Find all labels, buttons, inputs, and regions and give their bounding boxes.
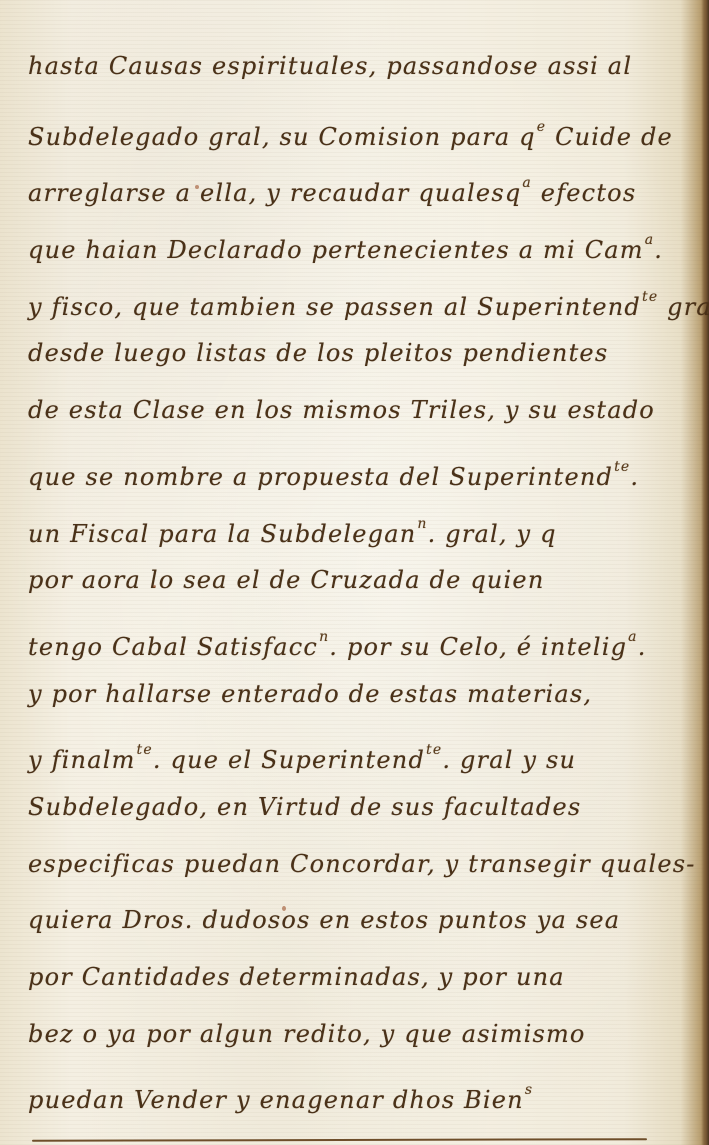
manuscript-line-15: especificas puedan Concordar, y transegi… [28, 840, 658, 889]
manuscript-line-4: que haian Declarado pertenecientes a mi … [28, 216, 658, 265]
manuscript-line-14: Subdelegado, en Virtud de sus facultades [28, 783, 658, 832]
line-text: bez o ya por algun redito, y que asimism… [28, 1020, 586, 1048]
manuscript-line-16: quiera Dros. dudosos en estos puntos ya … [28, 896, 658, 945]
line-text: y finalm [28, 746, 136, 774]
line-text: quiera Dros. dudosos en estos puntos ya … [28, 906, 620, 934]
line-text: puedan Vender y enagenar dhos Bien [28, 1086, 524, 1114]
line-text: Subdelegado gral, su Comision para q [28, 123, 536, 151]
line-text: arreglarse a ella, y recaudar qualesq [28, 179, 521, 207]
manuscript-line-8: que se nombre a propuesta del Superinten… [28, 443, 658, 492]
line-text: de esta Clase en los mismos Triles, y su… [28, 396, 655, 424]
line-text: por Cantidades determinadas, y por una [28, 963, 565, 991]
line-text: . [654, 236, 663, 264]
manuscript-line-17: por Cantidades determinadas, y por una [28, 953, 658, 1002]
ink-spot [153, 585, 156, 588]
manuscript-line-2: Subdelegado gral, su Comision para qe Cu… [28, 103, 658, 152]
manuscript-page: hasta Causas espirituales, passandose as… [0, 0, 709, 1145]
superscript-abbrev: a [522, 175, 532, 191]
manuscript-line-9: un Fiscal para la Subdelegann. gral, y q [28, 500, 658, 549]
manuscript-line-12: y por hallarse enterado de estas materia… [28, 670, 658, 719]
bottom-rule-line [32, 1138, 647, 1142]
manuscript-line-6: desde luego listas de los pleitos pendie… [28, 329, 658, 378]
line-text: efectos [532, 179, 636, 207]
line-text: . [638, 633, 647, 661]
manuscript-line-5: y fisco, que tambien se passen al Superi… [28, 273, 658, 322]
line-text: . que el Superintend [153, 746, 425, 774]
line-text: y por hallarse enterado de estas materia… [28, 680, 592, 708]
superscript-abbrev: a [628, 629, 638, 645]
superscript-abbrev: te [426, 742, 442, 758]
line-text: que haian Declarado pertenecientes a mi … [28, 236, 644, 264]
superscript-abbrev: e [537, 119, 547, 135]
superscript-abbrev: n [417, 516, 427, 532]
line-text: Subdelegado, en Virtud de sus facultades [28, 793, 581, 821]
line-text: . por su Celo, é intelig [329, 633, 627, 661]
manuscript-line-1: hasta Causas espirituales, passandose as… [28, 42, 658, 91]
line-text: . [630, 463, 639, 491]
manuscript-line-7: de esta Clase en los mismos Triles, y su… [28, 386, 658, 435]
line-text: por aora lo sea el de Cruzada de quien [28, 566, 545, 594]
line-text: tengo Cabal Satisfacc [28, 633, 318, 661]
ink-spot [282, 906, 286, 911]
manuscript-text-block: hasta Causas espirituales, passandose as… [28, 40, 658, 965]
line-text: hasta Causas espirituales, passandose as… [28, 52, 632, 80]
manuscript-line-19: puedan Vender y enagenar dhos Biens [28, 1066, 658, 1115]
line-text: especificas puedan Concordar, y transegi… [28, 850, 696, 878]
manuscript-line-18: bez o ya por algun redito, y que asimism… [28, 1010, 658, 1059]
superscript-abbrev: te [642, 289, 658, 305]
line-text: desde luego listas de los pleitos pendie… [28, 339, 608, 367]
superscript-abbrev: a [645, 232, 655, 248]
superscript-abbrev: te [614, 459, 630, 475]
line-text: y fisco, que tambien se passen al Superi… [28, 293, 641, 321]
manuscript-line-3: arreglarse a ella, y recaudar qualesqa e… [28, 159, 658, 208]
page-edge [701, 0, 709, 1145]
line-text: que se nombre a propuesta del Superinten… [28, 463, 613, 491]
superscript-abbrev: s [525, 1082, 533, 1098]
superscript-abbrev: n [319, 629, 329, 645]
line-text: gral [658, 293, 709, 321]
line-text: un Fiscal para la Subdelegan [28, 520, 416, 548]
line-text: . gral, y q [428, 520, 557, 548]
line-text: Cuide de [546, 123, 673, 151]
superscript-abbrev: te [137, 742, 153, 758]
manuscript-line-10: por aora lo sea el de Cruzada de quien [28, 556, 658, 605]
ink-spot [195, 185, 199, 189]
manuscript-line-13: y finalmte. que el Superintendte. gral y… [28, 726, 658, 775]
line-text: . gral y su [442, 746, 576, 774]
manuscript-line-11: tengo Cabal Satisfaccn. por su Celo, é i… [28, 613, 658, 662]
